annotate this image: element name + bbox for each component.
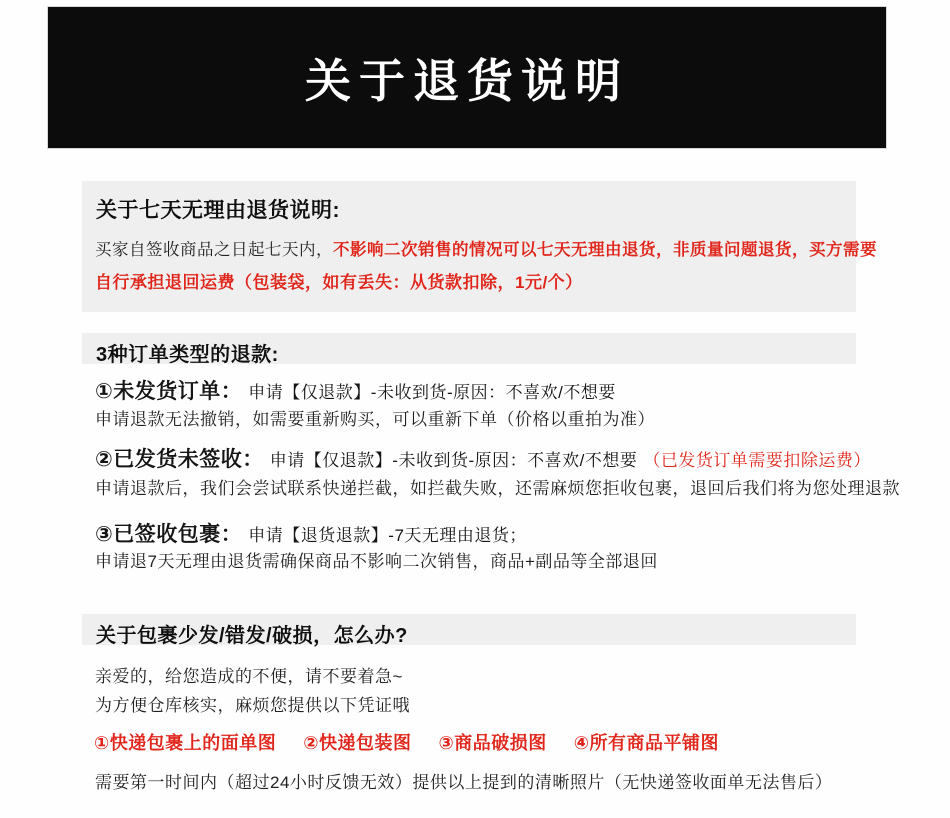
- order-item-1-head-rest: 申请【仅退款】-未收到货-原因：不喜欢/不想要: [248, 383, 616, 402]
- page-title: 关于退货说明: [305, 45, 629, 111]
- seven-day-line-2: 自行承担退回运费（包装袋，如有丢失：从货款扣除，1元/个）: [95, 271, 583, 294]
- package-issue-note: 需要第一时间内（超过24小时反馈无效）提供以上提到的清晰照片（无快递签收面单无法…: [95, 771, 832, 794]
- order-item-3-head-rest: 申请【退货退款】-7天无理由退货；: [248, 526, 527, 545]
- order-item-2-body: 申请退款后，我们会尝试联系快递拦截，如拦截失败，还需麻烦您拒收包裹，退回后我们将…: [95, 477, 900, 500]
- order-item-2-label: ②已发货未签收：: [95, 448, 264, 471]
- package-issue-line-2: 为方便仓库核实，麻烦您提供以下凭证哦: [95, 694, 410, 717]
- order-item-3-body: 申请退7天无理由退货需确保商品不影响二次销售，商品+副品等全部退回: [95, 550, 658, 573]
- evidence-list: ①快递包裹上的面单图 ②快递包装图 ③商品破损图 ④所有商品平铺图: [94, 732, 719, 755]
- order-item-2-head: ②已发货未签收：申请【仅退款】-未收到货-原因：不喜欢/不想要（已发货订单需要扣…: [95, 446, 871, 475]
- evidence-item-waybill-photo: ①快递包裹上的面单图: [94, 732, 276, 755]
- seven-day-title: 关于七天无理由退货说明:: [96, 198, 340, 224]
- evidence-item-damage-photo: ③商品破损图: [439, 732, 547, 755]
- seven-day-line-1: 买家自签收商品之日起七天内，不影响二次销售的情况可以七天无理由退货，非质量问题退…: [95, 239, 877, 262]
- order-item-1-label: ①未发货订单：: [95, 380, 242, 403]
- seven-day-line1-black: 买家自签收商品之日起七天内，: [95, 241, 333, 259]
- order-types-title: 3种订单类型的退款:: [96, 338, 279, 367]
- order-item-1-head: ①未发货订单：申请【仅退款】-未收到货-原因：不喜欢/不想要: [95, 378, 616, 407]
- package-issue-line-1: 亲爱的，给您造成的不便，请不要着急~: [95, 665, 403, 688]
- return-policy-notice: 关于退货说明 关于七天无理由退货说明: 买家自签收商品之日起七天内，不影响二次销…: [0, 0, 950, 818]
- order-item-3-head: ③已签收包裹：申请【退货退款】-7天无理由退货；: [95, 521, 527, 550]
- evidence-item-flatlay-photo: ④所有商品平铺图: [574, 732, 719, 755]
- seven-day-line1-red: 不影响二次销售的情况可以七天无理由退货，非质量问题退货，买方需要: [333, 241, 877, 259]
- order-item-3-label: ③已签收包裹：: [95, 523, 242, 546]
- order-item-2-head-rest: 申请【仅退款】-未收到货-原因：不喜欢/不想要: [270, 451, 638, 470]
- order-item-1-body: 申请退款无法撤销，如需要重新购买，可以重新下单（价格以重拍为准）: [95, 408, 655, 431]
- order-item-2-head-red-note: （已发货订单需要扣除运费）: [643, 451, 871, 470]
- package-issue-title: 关于包裹少发/错发/破损，怎么办?: [96, 619, 408, 648]
- evidence-item-packaging-photo: ②快递包装图: [303, 732, 411, 755]
- header-banner: 关于退货说明: [48, 7, 886, 148]
